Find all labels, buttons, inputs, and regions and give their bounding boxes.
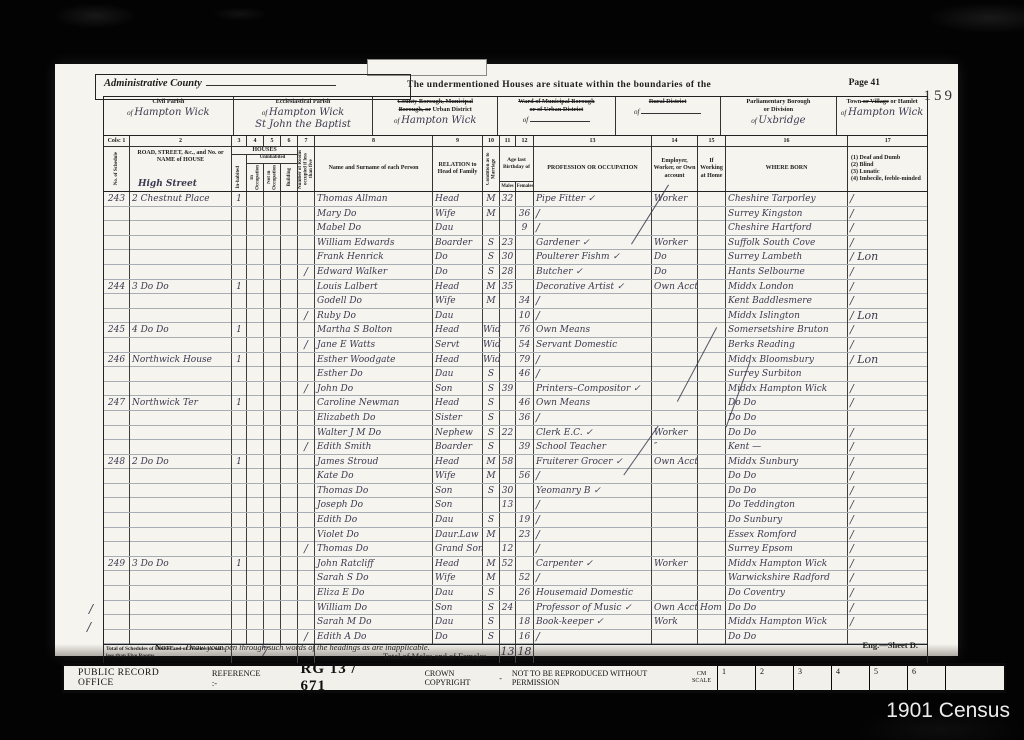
- rooms-mark: /: [298, 309, 315, 323]
- footer-note-text: Draw your pen through such words of the …: [186, 642, 430, 652]
- condition: S: [483, 250, 500, 264]
- employer-status: [652, 586, 698, 600]
- age-male: [500, 367, 516, 381]
- header-employer: Employer, Worker, or Own account: [652, 147, 698, 191]
- infirmity: /: [848, 382, 928, 396]
- district-box: County Borough, MunicipalBorough, or Urb…: [373, 97, 498, 135]
- address: [130, 250, 232, 264]
- age-male: [500, 440, 516, 454]
- houses-inhabited: [232, 498, 247, 512]
- rooms-mark: /: [298, 338, 315, 352]
- employer-status: Own Acct: [652, 280, 698, 294]
- houses-building: [281, 455, 298, 469]
- person-name: John Do: [315, 382, 433, 396]
- working-at-home: [698, 309, 726, 323]
- occupation: Carpenter ✓: [534, 557, 652, 571]
- person-name: Ruby Do: [315, 309, 433, 323]
- working-at-home: [698, 630, 726, 644]
- age-female: 36: [516, 207, 534, 221]
- employer-status: [652, 207, 698, 221]
- address: 3 Do Do: [130, 280, 232, 294]
- employer-status: [652, 221, 698, 235]
- schedule-number: [104, 411, 130, 425]
- age-female: 23: [516, 528, 534, 542]
- age-female: 56: [516, 469, 534, 483]
- infirmity: /: [848, 207, 928, 221]
- houses-building: [281, 411, 298, 425]
- condition: M: [483, 192, 500, 206]
- houses-uninhabited-occupied: [247, 528, 264, 542]
- rooms-mark: [298, 411, 315, 425]
- relation: Do: [433, 265, 483, 279]
- person-name: William Edwards: [315, 236, 433, 250]
- table-row: Violet DoDaur.LawM23/Essex Romford/: [104, 528, 927, 543]
- rooms-mark: /: [298, 440, 315, 454]
- census-table: Cols: 1234567891011121314151617 No. of S…: [103, 136, 928, 671]
- where-born: Surrey Kingston: [726, 207, 848, 221]
- copyright-label: CROWN COPYRIGHT: [425, 669, 490, 687]
- infirmity: /: [848, 542, 928, 556]
- employer-status: Own Acct: [652, 601, 698, 615]
- blank-line: [206, 85, 336, 86]
- person-name: Edith Smith: [315, 440, 433, 454]
- employer-status: Own Acct: [652, 455, 698, 469]
- houses-uninhabited-occupied: [247, 280, 264, 294]
- relation: Dau: [433, 513, 483, 527]
- rooms-mark: [298, 528, 315, 542]
- age-male: 30: [500, 250, 516, 264]
- houses-inhabited: [232, 382, 247, 396]
- header-building: Building: [287, 168, 293, 186]
- address: [130, 498, 232, 512]
- address: Northwick Ter: [130, 396, 232, 410]
- houses-inhabited: [232, 236, 247, 250]
- houses-uninhabited-not-occupied: [264, 469, 281, 483]
- houses-inhabited: [232, 338, 247, 352]
- houses-building: [281, 221, 298, 235]
- condition: S: [483, 396, 500, 410]
- working-at-home: [698, 207, 726, 221]
- houses-uninhabited-occupied: [247, 207, 264, 221]
- employer-status: [652, 484, 698, 498]
- column-number: 5: [264, 136, 281, 146]
- houses-building: [281, 601, 298, 615]
- table-row: /Ruby DoDau10/Middx Islington/ Lon: [104, 309, 927, 324]
- table-row: /John DoSonS39Printers–Compositor ✓Middx…: [104, 382, 927, 397]
- table-row: Joseph DoSon13/Do Teddington/: [104, 498, 927, 513]
- person-name: Caroline Newman: [315, 396, 433, 410]
- age-female: 26: [516, 586, 534, 600]
- caption-1901-census: 1901 Census: [886, 699, 1010, 723]
- houses-uninhabited-occupied: [247, 367, 264, 381]
- houses-uninhabited-not-occupied: [264, 557, 281, 571]
- address: [130, 367, 232, 381]
- rooms-mark: [298, 353, 315, 367]
- schedule-number: [104, 382, 130, 396]
- occupation: Own Means: [534, 396, 652, 410]
- condition: S: [483, 411, 500, 425]
- schedule-number: 246: [104, 353, 130, 367]
- district-value: Uxbridge: [758, 115, 805, 126]
- address: 3 Do Do: [130, 557, 232, 571]
- address: Northwick House: [130, 353, 232, 367]
- relation: Wife: [433, 207, 483, 221]
- relation: Boarder: [433, 236, 483, 250]
- where-born: Middx London: [726, 280, 848, 294]
- working-at-home: [698, 571, 726, 585]
- houses-uninhabited-occupied: [247, 192, 264, 206]
- age-male: 22: [500, 426, 516, 440]
- column-number: 17: [848, 136, 928, 146]
- condition: S: [483, 513, 500, 527]
- houses-building: [281, 615, 298, 629]
- working-at-home: [698, 221, 726, 235]
- where-born: Kent Baddlesmere: [726, 294, 848, 308]
- age-male: 13: [500, 498, 516, 512]
- where-born: Middx Islington: [726, 309, 848, 323]
- infirmity: /: [848, 236, 928, 250]
- scale-box-empty: [946, 666, 1004, 690]
- condition: S: [483, 426, 500, 440]
- schedule-number: [104, 528, 130, 542]
- age-female: [516, 236, 534, 250]
- houses-uninhabited-not-occupied: [264, 323, 281, 337]
- condition: S: [483, 615, 500, 629]
- age-male: [500, 338, 516, 352]
- schedule-number: [104, 615, 130, 629]
- age-male: [500, 396, 516, 410]
- address: [130, 309, 232, 323]
- occupation: /: [534, 411, 652, 425]
- employer-status: [652, 382, 698, 396]
- employer-status: Do: [652, 250, 698, 264]
- schedule-number: [104, 221, 130, 235]
- column-number: Cols: 1: [104, 136, 130, 146]
- address: [130, 528, 232, 542]
- houses-uninhabited-not-occupied: [264, 338, 281, 352]
- houses-inhabited: [232, 601, 247, 615]
- age-male: [500, 221, 516, 235]
- houses-uninhabited-not-occupied: [264, 440, 281, 454]
- header-in-occupation: In Occupation: [250, 164, 261, 191]
- schedule-number: [104, 426, 130, 440]
- person-name: Mabel Do: [315, 221, 433, 235]
- relation: Son: [433, 601, 483, 615]
- houses-inhabited: [232, 309, 247, 323]
- condition: S: [483, 601, 500, 615]
- houses-uninhabited-not-occupied: [264, 411, 281, 425]
- houses-uninhabited-not-occupied: [264, 586, 281, 600]
- age-male: [500, 411, 516, 425]
- houses-uninhabited-not-occupied: [264, 455, 281, 469]
- district-value: Hampton Wick: [134, 107, 209, 118]
- schedule-number: 244: [104, 280, 130, 294]
- working-at-home: [698, 411, 726, 425]
- rooms-mark: [298, 207, 315, 221]
- occupation: School Teacher: [534, 440, 652, 454]
- age-male: 52: [500, 557, 516, 571]
- street-name: High Street: [138, 179, 197, 190]
- houses-building: [281, 353, 298, 367]
- reference-label: REFERENCE :-: [212, 668, 261, 688]
- houses-uninhabited-not-occupied: [264, 396, 281, 410]
- infirmity: [848, 411, 928, 425]
- employer-status: [652, 323, 698, 337]
- person-name: Frank Henrick: [315, 250, 433, 264]
- houses-uninhabited-not-occupied: [264, 571, 281, 585]
- age-male: 39: [500, 382, 516, 396]
- employer-status: [652, 411, 698, 425]
- houses-inhabited: [232, 484, 247, 498]
- table-row: /Edith SmithBoarderS39School Teacher″Ken…: [104, 440, 927, 455]
- address: [130, 338, 232, 352]
- houses-building: [281, 367, 298, 381]
- rooms-mark: [298, 484, 315, 498]
- person-name: Eliza E Do: [315, 586, 433, 600]
- employer-status: [652, 353, 698, 367]
- houses-uninhabited-occupied: [247, 382, 264, 396]
- district-boxes: Civil Parishof Hampton WickEcclesiastica…: [103, 96, 928, 136]
- district-value: Hampton Wick: [848, 107, 923, 118]
- schedule-number: [104, 630, 130, 644]
- relation: Do: [433, 250, 483, 264]
- occupation: /: [534, 630, 652, 644]
- person-name: Louis Lalbert: [315, 280, 433, 294]
- houses-uninhabited-occupied: [247, 440, 264, 454]
- houses-uninhabited-not-occupied: [264, 528, 281, 542]
- infirmity: /: [848, 192, 928, 206]
- schedule-number: 248: [104, 455, 130, 469]
- header-relation: RELATION to Head of Family: [433, 147, 483, 191]
- schedule-number: [104, 586, 130, 600]
- person-name: Elizabeth Do: [315, 411, 433, 425]
- person-name: William Do: [315, 601, 433, 615]
- person-name: Thomas Do: [315, 484, 433, 498]
- houses-inhabited: [232, 513, 247, 527]
- occupation: Professor of Music ✓: [534, 601, 652, 615]
- houses-inhabited: [232, 615, 247, 629]
- relation: Head: [433, 323, 483, 337]
- houses-building: [281, 309, 298, 323]
- person-name: Edith Do: [315, 513, 433, 527]
- age-male: [500, 513, 516, 527]
- address: [130, 411, 232, 425]
- houses-building: [281, 528, 298, 542]
- header-infirmity: (1) Deaf and Dumb (2) Blind (3) Lunatic …: [848, 147, 928, 191]
- houses-inhabited: [232, 469, 247, 483]
- rooms-mark: [298, 455, 315, 469]
- houses-inhabited: [232, 265, 247, 279]
- office-label: PUBLIC RECORD OFFICE: [78, 668, 178, 688]
- person-name: Sarah S Do: [315, 571, 433, 585]
- houses-uninhabited-not-occupied: [264, 542, 281, 556]
- address: [130, 469, 232, 483]
- employer-status: [652, 630, 698, 644]
- relation: Dau: [433, 615, 483, 629]
- column-number: 15: [698, 136, 726, 146]
- occupation: Printers–Compositor ✓: [534, 382, 652, 396]
- person-name: Esther Woodgate: [315, 353, 433, 367]
- age-male: [500, 323, 516, 337]
- restriction-label: NOT TO BE REPRODUCED WITHOUT PERMISSION: [512, 669, 666, 687]
- where-born: Do Do: [726, 630, 848, 644]
- infirmity: /: [848, 294, 928, 308]
- table-row: Eliza E DoDauS26Housemaid DomesticDo Cov…: [104, 586, 927, 601]
- infirmity: /: [848, 280, 928, 294]
- working-at-home: [698, 236, 726, 250]
- condition: [483, 542, 500, 556]
- working-at-home: [698, 469, 726, 483]
- infirmity: / Lon: [848, 353, 928, 367]
- houses-uninhabited-occupied: [247, 309, 264, 323]
- table-row: Sarah S DoWifeM52/Warwickshire Radford/: [104, 571, 927, 586]
- schedule-number: [104, 542, 130, 556]
- houses-uninhabited-occupied: [247, 323, 264, 337]
- houses-inhabited: [232, 440, 247, 454]
- schedule-number: [104, 571, 130, 585]
- houses-building: [281, 484, 298, 498]
- where-born: Do Sunbury: [726, 513, 848, 527]
- age-female: [516, 542, 534, 556]
- occupation: Own Means: [534, 323, 652, 337]
- person-name: Walter J M Do: [315, 426, 433, 440]
- column-number: 7: [298, 136, 315, 146]
- age-female: [516, 484, 534, 498]
- margin-mark: /: [89, 602, 93, 616]
- condition: S: [483, 586, 500, 600]
- where-born: Middx Sunbury: [726, 455, 848, 469]
- column-number: 14: [652, 136, 698, 146]
- address: 2 Chestnut Place: [130, 192, 232, 206]
- district-value: Hampton Wick: [269, 107, 344, 118]
- age-female: 19: [516, 513, 534, 527]
- condition: [483, 498, 500, 512]
- occupation: Pipe Fitter ✓: [534, 192, 652, 206]
- where-born: Surrey Lambeth: [726, 250, 848, 264]
- column-number: 9: [433, 136, 483, 146]
- infirmity: /: [848, 557, 928, 571]
- age-female: [516, 250, 534, 264]
- age-female: [516, 382, 534, 396]
- infirmity: /: [848, 513, 928, 527]
- schedule-number: [104, 484, 130, 498]
- relation: Sister: [433, 411, 483, 425]
- where-born: Suffolk South Cove: [726, 236, 848, 250]
- relation: Head: [433, 192, 483, 206]
- working-at-home: [698, 542, 726, 556]
- schedule-number: [104, 236, 130, 250]
- where-born: Do Do: [726, 426, 848, 440]
- address: [130, 484, 232, 498]
- occupation: Servant Domestic: [534, 338, 652, 352]
- houses-uninhabited-occupied: [247, 411, 264, 425]
- condition: S: [483, 630, 500, 644]
- table-row: Sarah M DoDauS18Book-keeper ✓WorkMiddx H…: [104, 615, 927, 630]
- column-number: 4: [247, 136, 264, 146]
- where-born: Do Do: [726, 411, 848, 425]
- address: [130, 426, 232, 440]
- condition: Wid: [483, 338, 500, 352]
- houses-inhabited: 1: [232, 557, 247, 571]
- infirmity: /: [848, 455, 928, 469]
- table-row: Edith DoDauS19/Do Sunbury/: [104, 513, 927, 528]
- address: [130, 513, 232, 527]
- houses-building: [281, 513, 298, 527]
- houses-inhabited: [232, 571, 247, 585]
- houses-building: [281, 280, 298, 294]
- table-row: Kate DoWifeM56/Do Do/: [104, 469, 927, 484]
- houses-building: [281, 323, 298, 337]
- district-value: Hampton Wick: [401, 115, 476, 126]
- relation: Do: [433, 630, 483, 644]
- age-female: [516, 498, 534, 512]
- occupation: Book-keeper ✓: [534, 615, 652, 629]
- houses-building: [281, 557, 298, 571]
- working-at-home: [698, 294, 726, 308]
- age-male: 12: [500, 542, 516, 556]
- header-houses: HOUSES Uninhabited In-habited In Occupat…: [232, 147, 298, 191]
- infirmity: /: [848, 601, 928, 615]
- rooms-mark: /: [298, 542, 315, 556]
- employer-status: Worker: [652, 557, 698, 571]
- occupation: /: [534, 294, 652, 308]
- occupation: Clerk E.C. ✓: [534, 426, 652, 440]
- houses-uninhabited-not-occupied: [264, 484, 281, 498]
- relation: Wife: [433, 294, 483, 308]
- column-number: 16: [726, 136, 848, 146]
- schedule-number: [104, 440, 130, 454]
- working-at-home: [698, 426, 726, 440]
- age-male: [500, 353, 516, 367]
- condition: M: [483, 455, 500, 469]
- employer-status: [652, 498, 698, 512]
- where-born: Do Do: [726, 469, 848, 483]
- person-name: Jane E Watts: [315, 338, 433, 352]
- infirmity: /: [848, 323, 928, 337]
- relation: Dau: [433, 367, 483, 381]
- rooms-mark: [298, 469, 315, 483]
- working-at-home: [698, 338, 726, 352]
- age-female: 52: [516, 571, 534, 585]
- infirmity: /: [848, 338, 928, 352]
- houses-uninhabited-occupied: [247, 236, 264, 250]
- column-number: 8: [315, 136, 433, 146]
- houses-inhabited: [232, 250, 247, 264]
- houses-inhabited: [232, 426, 247, 440]
- houses-building: [281, 542, 298, 556]
- schedule-number: [104, 367, 130, 381]
- district-box: Town or Village or Hamletof Hampton Wick: [837, 97, 927, 135]
- relation: Son: [433, 484, 483, 498]
- rooms-mark: [298, 571, 315, 585]
- column-number: 2: [130, 136, 232, 146]
- houses-inhabited: [232, 367, 247, 381]
- employer-status: [652, 396, 698, 410]
- houses-inhabited: 1: [232, 353, 247, 367]
- age-male: 35: [500, 280, 516, 294]
- occupation: /: [534, 542, 652, 556]
- houses-uninhabited-occupied: [247, 571, 264, 585]
- houses-uninhabited-not-occupied: [264, 498, 281, 512]
- scale-box: 5: [870, 666, 908, 690]
- working-at-home: [698, 615, 726, 629]
- person-name: Esther Do: [315, 367, 433, 381]
- age-female: [516, 426, 534, 440]
- district-box: Ward of Municipal Boroughor of Urban Dis…: [498, 97, 616, 135]
- age-male: [500, 207, 516, 221]
- houses-uninhabited-occupied: [247, 615, 264, 629]
- houses-uninhabited-occupied: [247, 221, 264, 235]
